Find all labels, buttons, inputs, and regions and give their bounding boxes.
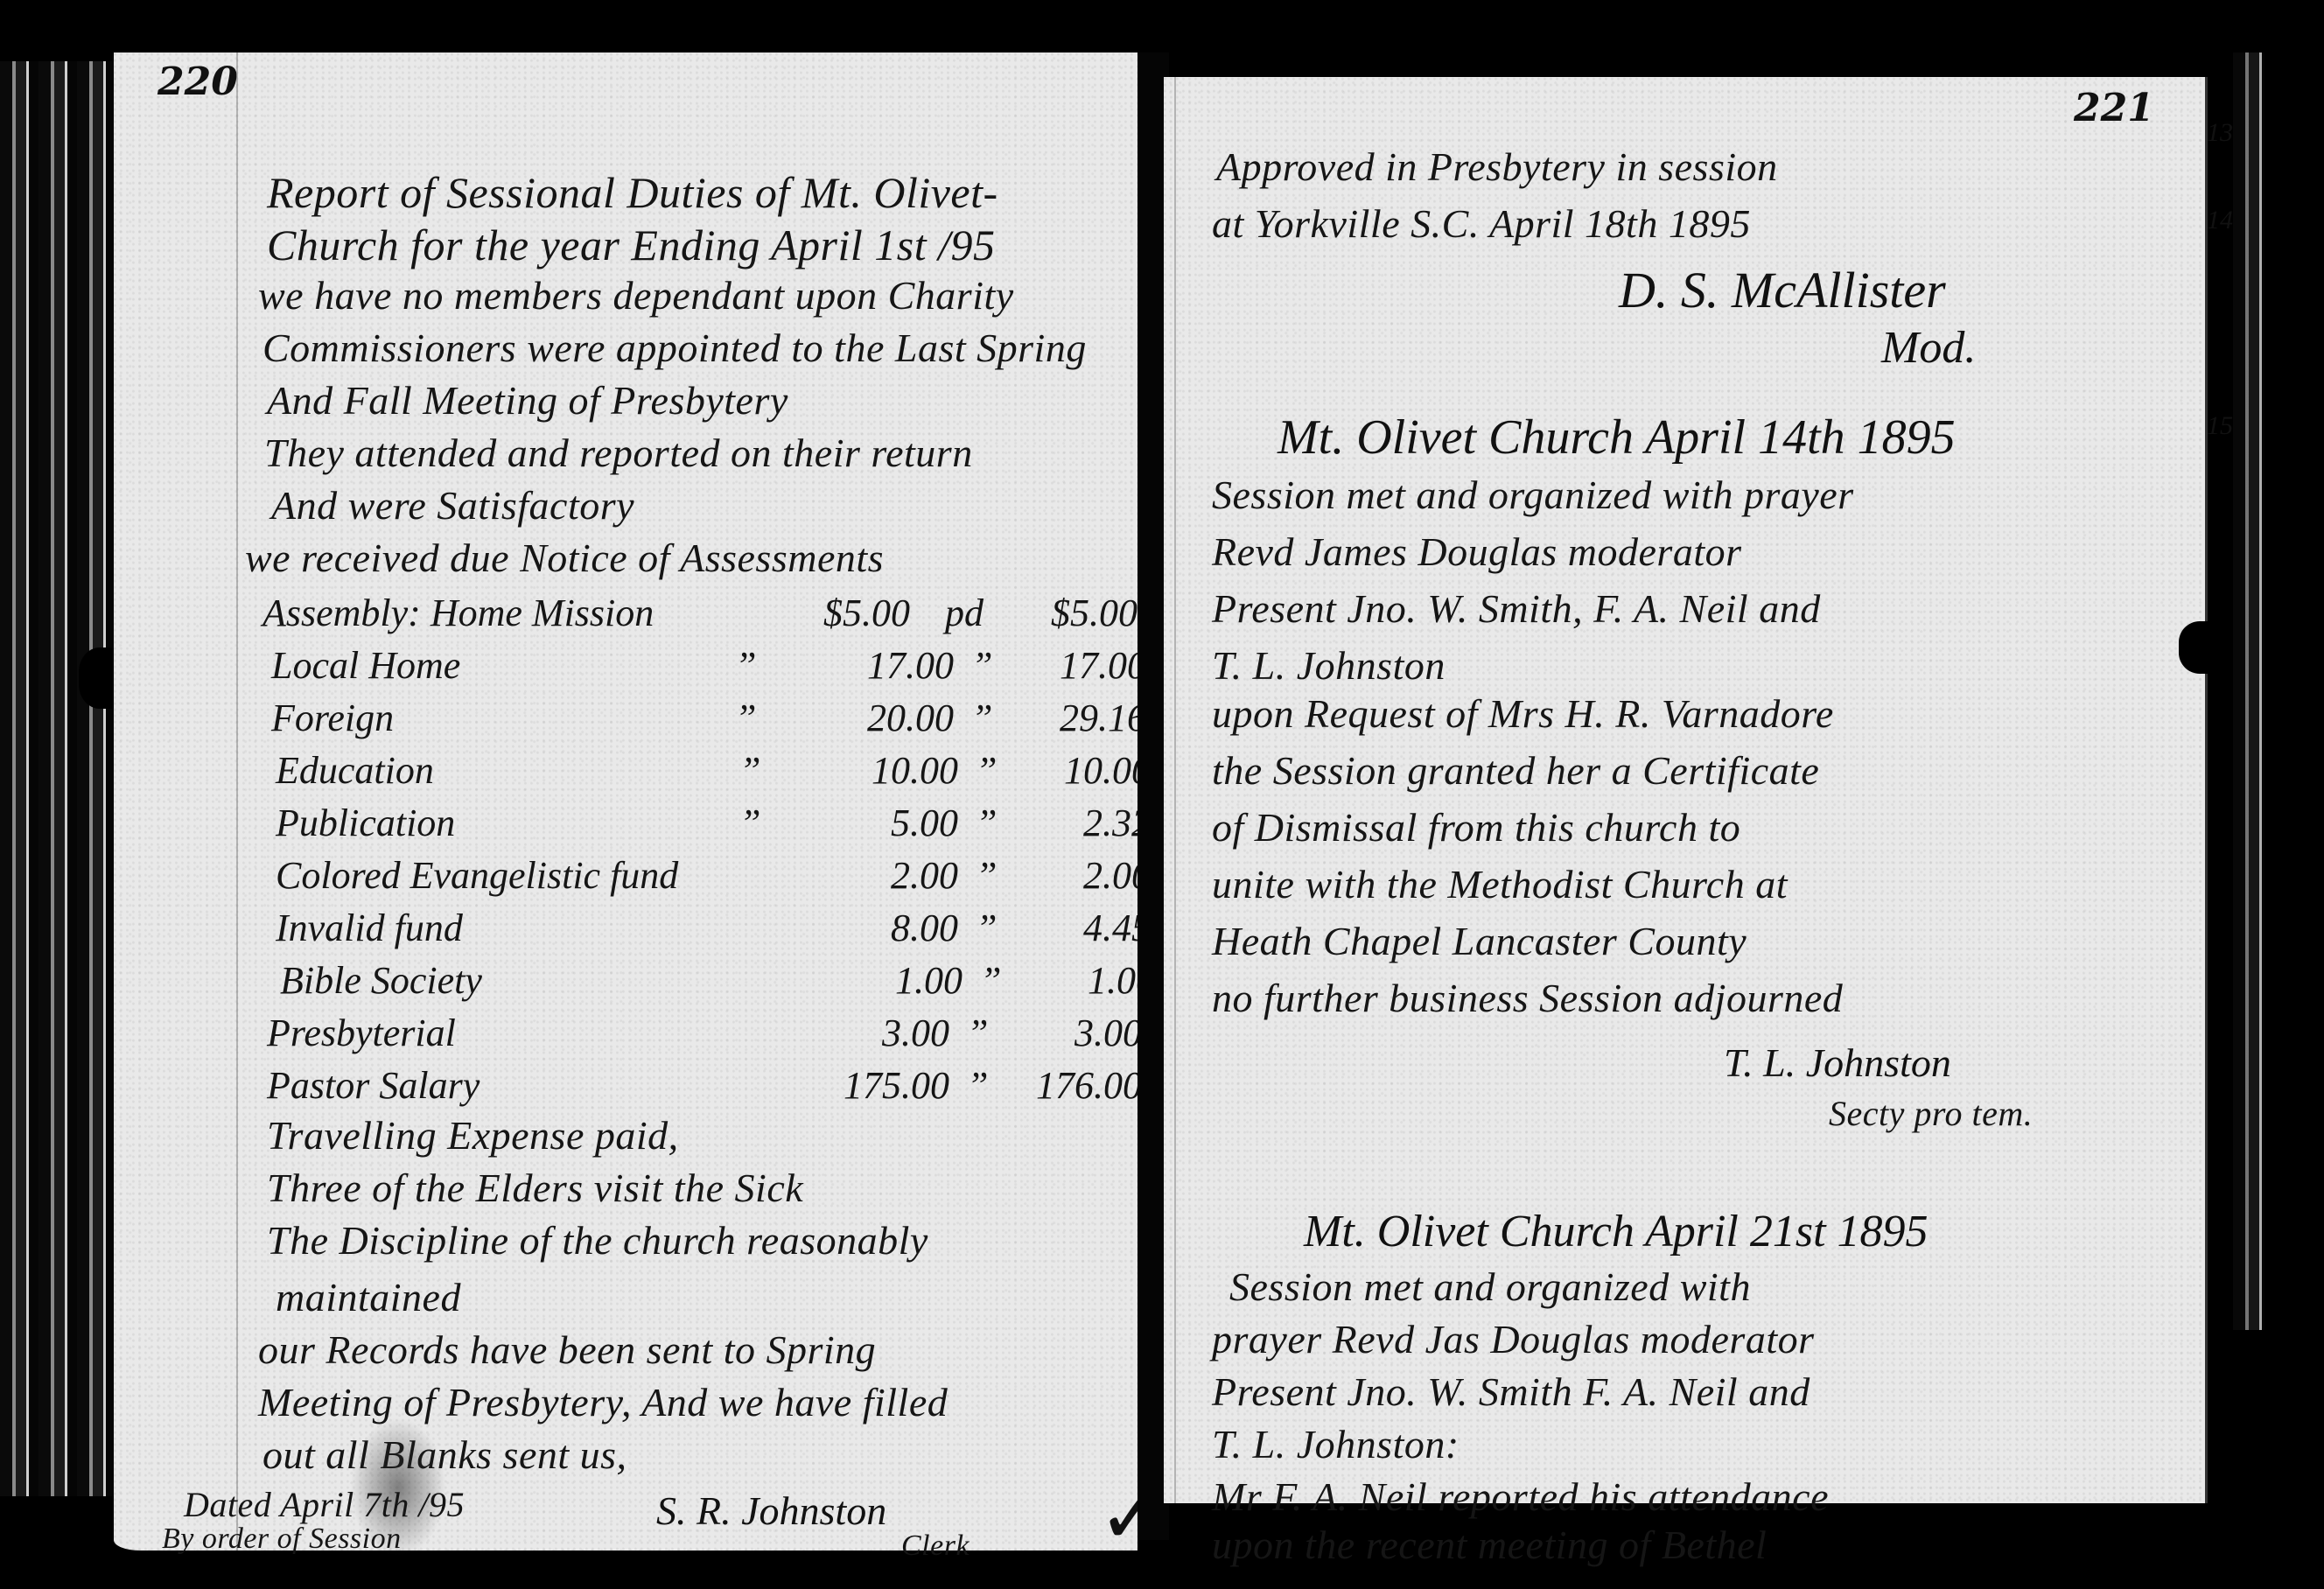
ditto-mark: ” — [739, 748, 760, 793]
assessment-row: Publication ” 5.00 ” 2.32 — [276, 801, 1151, 844]
dated-line: Dated April 7th /95 — [184, 1487, 465, 1522]
entry1-signature-title: Secty pro tem. — [1829, 1096, 2033, 1131]
closing-line: Travelling Expense paid, — [267, 1116, 679, 1156]
entry1-line: unite with the Methodist Church at — [1212, 864, 1788, 905]
assessment-assessed: 8.00 — [836, 906, 958, 950]
assessment-row: Foreign ” 20.00 ” 29.16 — [271, 696, 1146, 739]
clerk-signature: S. R. Johnston — [656, 1487, 886, 1534]
assessment-paid: 1.00 — [1024, 958, 1155, 1003]
right-margin-rule — [1174, 77, 1176, 1503]
assessment-paid: 17.00 — [1015, 643, 1146, 688]
report-title-line-2: Church for the year Ending April 1st /95 — [267, 223, 995, 267]
assessment-item: Invalid fund — [276, 906, 463, 950]
entry2-line: upon the recent meeting of Bethel — [1212, 1525, 1767, 1565]
clerk-title: Clerk — [901, 1531, 969, 1561]
moderator-signature: D. S. McAllister — [1619, 261, 1946, 319]
entry2-line: Mr F. A. Neil reported his attendance — [1212, 1477, 1829, 1517]
entry1-line: Heath Chapel Lancaster County — [1212, 921, 1746, 962]
assessment-row: Invalid fund 8.00 ” 4.45 — [276, 906, 1151, 949]
assessment-paid: 2.00 — [1019, 853, 1151, 898]
assessment-item: Foreign — [271, 696, 394, 740]
assessment-assessed: $5.00 — [787, 591, 910, 635]
entry1-signature: T. L. Johnston — [1724, 1039, 1951, 1086]
assessment-item: Colored Evangelistic fund — [276, 853, 678, 898]
ditto-mark: ” — [980, 958, 1001, 1003]
assessment-paid-label: pd — [945, 591, 983, 635]
closing-line: The Discipline of the church reasonably — [267, 1221, 928, 1261]
assessment-item: Local Home — [271, 643, 460, 688]
entry1-line: of Dismissal from this church to — [1212, 808, 1740, 848]
entry2-line: prayer Revd Jas Douglas moderator — [1212, 1319, 1815, 1360]
ditto-mark: ” — [976, 906, 997, 950]
entry1-line: Present Jno. W. Smith, F. A. Neil and — [1212, 589, 1821, 629]
ditto-mark: ” — [735, 643, 756, 688]
intro-line: And Fall Meeting of Presbytery — [267, 381, 788, 421]
closing-line: maintained — [276, 1277, 461, 1318]
ditto-mark: ” — [735, 696, 756, 740]
approval-line: at Yorkville S.C. April 18th 1895 — [1212, 204, 1751, 244]
entry1-line: Revd James Douglas moderator — [1212, 532, 1742, 572]
assessment-assessed: 2.00 — [836, 853, 958, 898]
assessment-item: Education — [276, 748, 434, 793]
intro-line: They attended and reported on their retu… — [264, 433, 973, 473]
entry1-heading: Mt. Olivet Church April 14th 1895 — [1277, 409, 1956, 465]
binding-clip-right — [2179, 621, 2231, 674]
assessment-row: Pastor Salary 175.00 ” 176.00 — [267, 1063, 1142, 1107]
assessment-item: Publication — [276, 801, 455, 845]
page-number-left: 220 — [157, 59, 238, 104]
assessment-assessed: 1.00 — [840, 958, 962, 1003]
page-number-right: 221 — [2074, 86, 2154, 130]
assessment-item: Bible Society — [280, 958, 482, 1003]
assessment-paid: 10.00 — [1019, 748, 1151, 793]
assessment-row: Education ” 10.00 ” 10.00 — [276, 748, 1151, 792]
assessment-assessed: 10.00 — [836, 748, 958, 793]
ditto-mark: ” — [967, 1011, 988, 1055]
closing-line: Three of the Elders visit the Sick — [267, 1168, 803, 1208]
assessment-assessed: 20.00 — [831, 696, 954, 740]
intro-line: And were Satisfactory — [271, 486, 634, 526]
assessment-paid: 176.00 — [1011, 1063, 1142, 1108]
assessment-paid: 3.00 — [1011, 1011, 1142, 1055]
assessment-assessed: 5.00 — [836, 801, 958, 845]
assessment-row: Presbyterial 3.00 ” 3.00 — [267, 1011, 1142, 1054]
entry2-line: Session met and organized with — [1229, 1267, 1751, 1307]
left-page: 220 Report of Sessional Duties of Mt. Ol… — [114, 52, 1137, 1550]
ditto-mark: ” — [971, 696, 992, 740]
ditto-mark: ” — [976, 853, 997, 898]
entry1-line: Session met and organized with prayer — [1212, 475, 1854, 515]
ditto-mark: ” — [967, 1063, 988, 1108]
assessment-item: Pastor Salary — [267, 1063, 479, 1108]
ditto-mark: ” — [739, 801, 760, 845]
assessment-row: Bible Society 1.00 ” 1.00 — [280, 958, 1155, 1002]
assessment-paid: 4.45 — [1019, 906, 1151, 950]
assessment-assessed: 3.00 — [827, 1011, 949, 1055]
left-margin-rule — [236, 52, 238, 1550]
report-title-line-1: Report of Sessional Duties of Mt. Olivet… — [267, 171, 998, 214]
intro-line: Commissioners were appointed to the Last… — [262, 328, 1087, 368]
page-edges-right — [2233, 52, 2264, 1330]
closing-line: our Records have been sent to Spring — [258, 1330, 876, 1370]
intro-line: we received due Notice of Assessments — [245, 538, 884, 578]
assessment-header-row: Assembly: Home Mission $5.00 pd $5.00 — [262, 591, 1137, 634]
page-edges-left — [0, 61, 115, 1496]
ditto-mark: ” — [971, 643, 992, 688]
intro-line: we have no members dependant upon Charit… — [258, 276, 1014, 316]
assessment-assessed: 175.00 — [827, 1063, 949, 1108]
assessment-paid: 29.16 — [1015, 696, 1146, 740]
entry1-line: T. L. Johnston — [1212, 646, 1445, 686]
index-tab-note: 15 — [2207, 411, 2233, 441]
entry1-line: the Session granted her a Certificate — [1212, 751, 1819, 791]
entry1-line: upon Request of Mrs H. R. Varnadore — [1212, 694, 1834, 734]
index-tab-note: 14 — [2207, 206, 2233, 235]
by-order-line: By order of Session — [162, 1524, 402, 1554]
entry2-line: T. L. Johnston: — [1212, 1424, 1459, 1465]
entry2-heading: Mt. Olivet Church April 21st 1895 — [1304, 1206, 1928, 1257]
assessment-row: Local Home ” 17.00 ” 17.00 — [271, 643, 1146, 687]
assessment-assessed: 17.00 — [831, 643, 954, 688]
entry2-line: Present Jno. W. Smith F. A. Neil and — [1212, 1372, 1810, 1412]
moderator-title: Mod. — [1881, 322, 1976, 374]
assessment-item: Assembly: Home Mission — [262, 591, 654, 635]
right-page: 221 Approved in Presbytery in session at… — [1164, 77, 2208, 1503]
assessment-paid: $5.00 — [1006, 591, 1137, 635]
approval-line: Approved in Presbytery in session — [1216, 147, 1778, 187]
assessment-item: Presbyterial — [267, 1011, 456, 1055]
ditto-mark: ” — [976, 801, 997, 845]
ditto-mark: ” — [976, 748, 997, 793]
assessment-paid: 2.32 — [1019, 801, 1151, 845]
entry1-line: no further business Session adjourned — [1212, 978, 1843, 1018]
index-tab-note: 13 — [2207, 118, 2233, 148]
assessment-row: Colored Evangelistic fund 2.00 ” 2.00 — [276, 853, 1151, 897]
